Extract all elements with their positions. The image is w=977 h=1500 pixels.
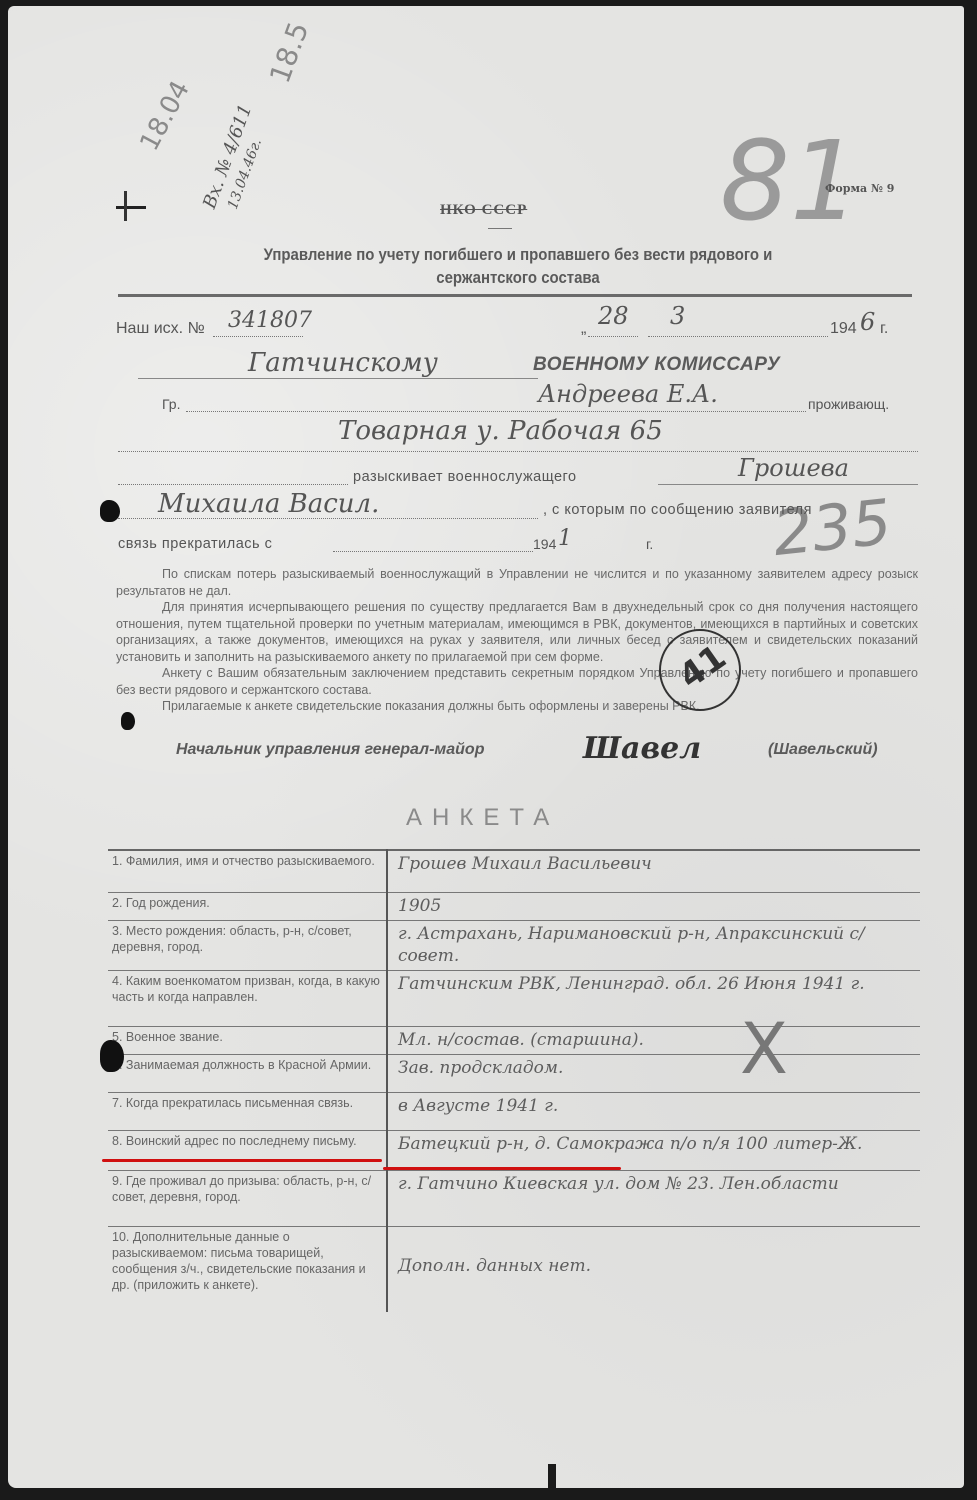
citizen-prefix: Гр. [162, 396, 180, 412]
paper-hole [100, 1040, 124, 1072]
date-month: 3 [670, 302, 685, 330]
signatory-name: (Шавельский) [768, 741, 878, 759]
paragraph-2: Для принятия исчерпывающего решения по с… [116, 599, 918, 665]
lost-contact-line [333, 551, 533, 552]
contact-label: , с которым по сообщению заявителя [543, 502, 812, 518]
paper-hole [100, 500, 120, 522]
answer-cell: Дополн. данных нет. [387, 1226, 920, 1312]
answer-cell: в Августе 1941 г. [387, 1092, 920, 1130]
answer-cell: Грошев Михаил Васильевич [387, 850, 920, 892]
lost-contact-label: связь прекратилась с [118, 536, 272, 552]
table-row: 4. Каким военкоматом призван, когда, в к… [108, 970, 920, 1026]
date-day: 28 [598, 302, 629, 330]
answer-cell: Зав. продскладом. [387, 1054, 920, 1092]
question-cell: 7. Когда прекратилась письменная связь. [108, 1092, 387, 1130]
table-row: 8. Воинский адрес по последнему письму. … [108, 1130, 920, 1170]
margin-date-note: 18.04 [135, 76, 196, 156]
paragraph-3: Анкету с Вашим обязательным заключением … [116, 665, 918, 698]
answer-cell: 1905 [387, 892, 920, 920]
answer-cell: г. Гатчино Киевская ул. дом № 23. Лен.об… [387, 1170, 920, 1226]
table-row: 10. Дополнительные данные о разыскиваемо… [108, 1226, 920, 1312]
table-row: 9. Где проживал до призыва: область, р-н… [108, 1170, 920, 1226]
title-line-2: сержантского состава [96, 266, 941, 289]
title-line-1: Управление по учету погибшего и пропавше… [96, 243, 941, 266]
bottom-tear [548, 1464, 556, 1490]
side-number-235: 235 [770, 485, 895, 570]
signature-scribble: Шавел [583, 731, 701, 766]
applicant-address-line [118, 451, 918, 452]
question-cell: 8. Воинский адрес по последнему письму. [108, 1130, 387, 1170]
searching-lead-line [118, 484, 348, 485]
year-suffix: 6 [860, 308, 875, 336]
outgoing-number: 341807 [228, 308, 312, 333]
addressee-handwritten: Гатчинскому [248, 348, 438, 378]
round-stamp: 41 [659, 629, 741, 711]
soldier-names: Михаила Васил. [158, 489, 379, 519]
date-open-quote: „ [581, 320, 586, 338]
signatory-title: Начальник управления генерал-майор [176, 741, 484, 759]
question-cell: 2. Год рождения. [108, 892, 387, 920]
table-row: 7. Когда прекратилась письменная связь. … [108, 1092, 920, 1130]
answer-cell: Мл. н/состав. (старшина). [387, 1026, 920, 1054]
applicant-name: Андреева Е.А. [538, 380, 718, 408]
table-row: 3. Место рождения: область, р-н, с/совет… [108, 920, 920, 970]
applicant-address: Товарная у. Рабочая 65 [338, 416, 663, 446]
form-number: Форма № 9 [825, 182, 894, 195]
outgoing-number-line [213, 336, 303, 337]
addressee-printed: ВОЕННОМУ КОМИССАРУ [533, 354, 780, 376]
question-cell: 9. Где проживал до призыва: область, р-н… [108, 1170, 387, 1226]
question-cell: 6. Занимаемая должность в Красной Армии. [108, 1054, 387, 1092]
year-unit: г. [880, 320, 888, 338]
applicant-name-line [186, 411, 806, 412]
searching-label: разыскивает военнослужащего [353, 469, 577, 485]
header-rule [118, 294, 912, 297]
soldier-surname: Грошева [738, 454, 849, 482]
red-underline-answer [383, 1167, 621, 1170]
file-number-81: 81 [720, 126, 860, 236]
agency-struck: НКО СССР [440, 202, 527, 219]
stamp-number: 41 [672, 637, 734, 697]
table-row: 5. Военное звание. Мл. н/состав. (старши… [108, 1026, 920, 1054]
questionnaire-title: АНКЕТА [406, 804, 559, 832]
question-cell: 3. Место рождения: область, р-н, с/совет… [108, 920, 387, 970]
question-cell: 4. Каким военкоматом призван, когда, в к… [108, 970, 387, 1026]
pin-hole-mark [116, 206, 146, 209]
date-month-line [648, 336, 828, 337]
pin-hole-mark-v [124, 191, 127, 221]
questionnaire-table: 1. Фамилия, имя и отчество разыскиваемог… [108, 849, 920, 1312]
year-prefix: 194 [830, 320, 857, 338]
table-row: 6. Занимаемая должность в Красной Армии.… [108, 1054, 920, 1092]
soldier-names-line [118, 518, 538, 519]
addressee-line [138, 378, 538, 379]
answer-cell: Гатчинским РВК, Ленинград. обл. 26 Июня … [387, 970, 920, 1026]
answer-cell: Батецкий р-н, д. Самокража п/о п/я 100 л… [387, 1130, 920, 1170]
table-row: 1. Фамилия, имя и отчество разыскиваемог… [108, 850, 920, 892]
lost-year-unit: г. [646, 536, 653, 552]
body-text: По спискам потерь разыскиваемый военносл… [116, 566, 918, 715]
living-label: проживающ. [808, 396, 889, 412]
soldier-surname-line [658, 484, 918, 485]
document-page: 18.04 18.5 Вх. № 4/611 13.04.46г. 81 235… [8, 6, 964, 1488]
outgoing-label: Наш исх. № [116, 320, 205, 338]
margin-number-note: 18.5 [263, 18, 315, 88]
answer-cell: г. Астрахань, Наримановский р-н, Апракси… [387, 920, 920, 970]
pencil-x-mark: X [740, 1014, 788, 1084]
table-row: 2. Год рождения. 1905 [108, 892, 920, 920]
paragraph-4: Прилагаемые к анкете свидетельские показ… [116, 698, 918, 715]
document-title: Управление по учету погибшего и пропавше… [96, 243, 941, 289]
paragraph-1: По спискам потерь разыскиваемый военносл… [116, 566, 918, 599]
date-day-line [588, 336, 638, 337]
question-cell: 5. Военное звание. [108, 1026, 387, 1054]
red-underline-question [102, 1159, 382, 1162]
paper-hole [121, 712, 135, 730]
question-cell: 10. Дополнительные данные о разыскиваемо… [108, 1226, 387, 1312]
lost-year-prefix: 194 [533, 536, 556, 552]
lost-year-suffix: 1 [558, 526, 572, 551]
question-cell: 1. Фамилия, имя и отчество разыскиваемог… [108, 850, 387, 892]
title-dash [488, 228, 512, 229]
